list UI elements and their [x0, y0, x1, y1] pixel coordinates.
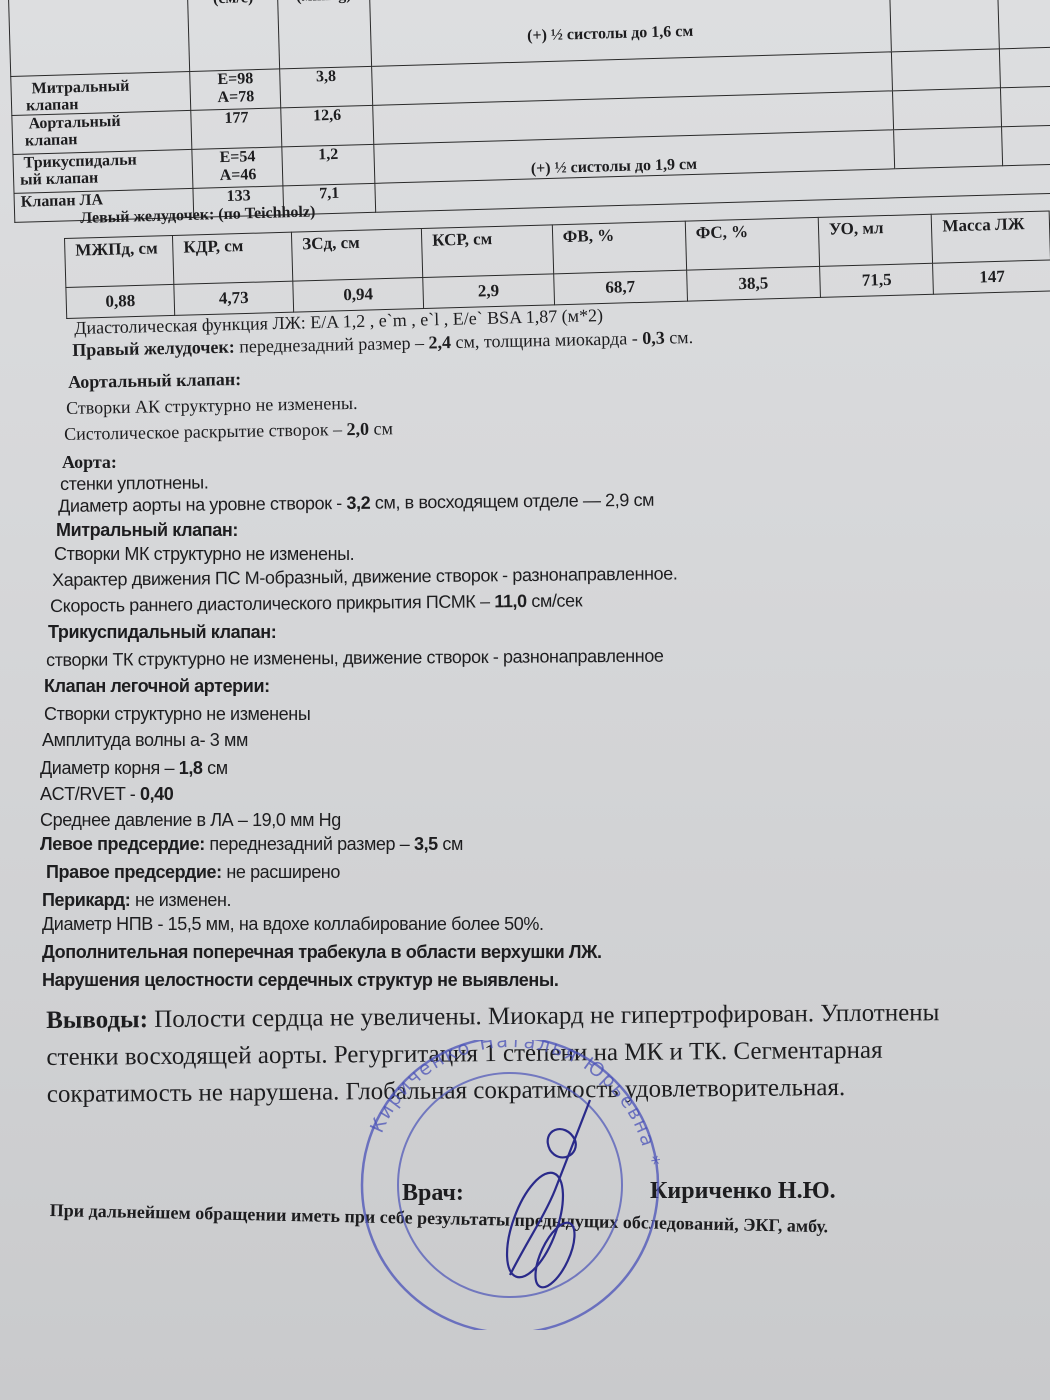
aortic-valve-line-1: Створки АК структурно не изменены. — [66, 393, 358, 419]
mitral-valve-line-1: Створки МК структурно не изменены. — [54, 544, 354, 565]
tricuspid-valve-title: Трикуспидальный клапан: — [48, 622, 276, 643]
right-atrium: Правое предсердие: не расширено — [46, 862, 340, 883]
document-page: (см/с) (мmHg) (+) ½ систолы до 1,6 см 10… — [0, 0, 1050, 1400]
mitral-valve-title: Митральный клапан: — [56, 520, 238, 541]
tricuspid-valve-line-1: створки ТК структурно не изменены, движе… — [46, 646, 664, 671]
ivc-diameter: Диаметр НПВ - 15,5 мм, на вдохе коллабир… — [42, 914, 544, 935]
pulmonary-valve-line-2: Амплитуда волны а- 3 мм — [42, 730, 248, 751]
pulmonary-valve-line-3: Диаметр корня – 1,8 см — [40, 758, 228, 779]
extra-trabecula: Дополнительная поперечная трабекула в об… — [42, 942, 602, 963]
aorta-title: Аорта: — [62, 452, 117, 473]
aortic-valve-line-2: Систолическое раскрытие створок – 2,0 см — [64, 418, 393, 445]
doctor-name: Кириченко Н.Ю. — [650, 1178, 836, 1205]
pulmonary-valve-line-1: Створки структурно не изменены — [44, 704, 310, 725]
aortic-valve-title: Аортальный клапан: — [68, 369, 241, 393]
pulmonary-valve-line-4: ACT/RVET - 0,40 — [40, 784, 173, 805]
left-atrium: Левое предсердие: переднезадний размер –… — [40, 834, 463, 855]
integrity-note: Нарушения целостности сердечных структур… — [42, 970, 558, 991]
conclusion: Выводы: Полости сердца не увеличены. Мио… — [46, 994, 940, 1113]
conclusion-label: Выводы: — [46, 1006, 148, 1034]
mitral-valve-line-3: Скорость раннего диастолического прикрыт… — [50, 590, 582, 617]
doctor-label: Врач: — [402, 1180, 464, 1207]
aorta-line-1: стенки уплотнены. — [60, 472, 208, 495]
pulmonary-valve-title: Клапан легочной артерии: — [44, 676, 270, 697]
report-body: Диастолическая функция ЛЖ: E/A 1,2 , e`m… — [0, 0, 1050, 1400]
pericardium: Перикард: не изменен. — [42, 890, 231, 911]
mitral-valve-line-2: Характер движения ПС М-образный, движени… — [52, 563, 678, 591]
pulmonary-valve-line-5: Среднее давление в ЛА – 19,0 мм Hg — [40, 810, 341, 831]
